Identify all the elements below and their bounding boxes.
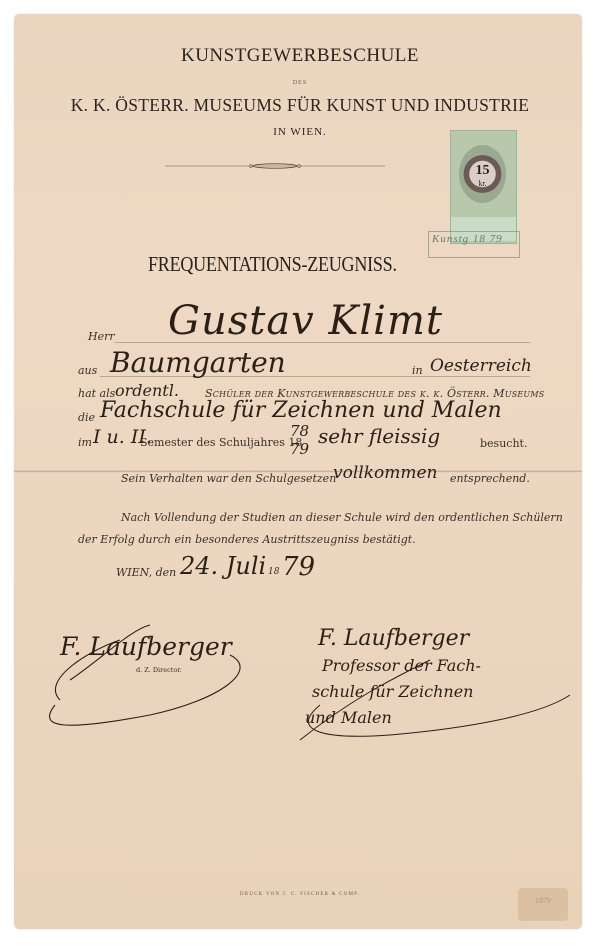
right-signature: F. Laufberger — [318, 626, 469, 651]
aus-label: aus — [78, 364, 97, 377]
right-signature-line-3: schule für Zeichnen — [312, 682, 473, 701]
im-label: im — [78, 436, 92, 449]
archive-sticker-text: 1879 — [518, 896, 568, 905]
right-signature-line-2: Professor der Fach- — [322, 656, 481, 675]
student-name: Gustav Klimt — [168, 298, 443, 344]
note-line-2: der Erfolg durch ein besonderes Austritt… — [78, 533, 416, 546]
issue-date: 24. Juli — [180, 552, 266, 580]
revenue-stamp: 15 kr. — [450, 130, 517, 244]
die-label: die — [78, 411, 95, 424]
left-signature-title: d. Z. Director. — [136, 666, 182, 674]
origin-place: Baumgarten — [110, 346, 286, 379]
note-line-1: Nach Vollendung der Studien an dieser Sc… — [121, 511, 563, 524]
left-signature: F. Laufberger — [60, 632, 232, 661]
stamp-cancellation-text: Kunstg 18 79 — [432, 233, 503, 245]
attendance-grade: sehr fleissig — [318, 424, 440, 448]
stamp-unit: kr. — [459, 179, 506, 188]
year-suffix: 79 — [282, 552, 315, 582]
certificate-title: FREQUENTATIONS-ZEUGNISS. — [148, 252, 397, 277]
herr-label: Herr — [88, 330, 115, 343]
archive-sticker: 1879 — [518, 888, 568, 921]
origin-country: Oesterreich — [430, 356, 532, 376]
conduct-prefix: Sein Verhalten war den Schulgesetzen — [121, 472, 336, 485]
des-label: DES — [0, 80, 600, 86]
conduct-suffix: entsprechend. — [450, 472, 530, 485]
in-label: in — [412, 364, 423, 377]
stamp-emblem: 15 kr. — [459, 145, 506, 203]
stamp-value: 15 — [459, 163, 506, 179]
school-year-bottom: 79 — [290, 440, 309, 458]
semester-text: Semester des Schuljahres 18 — [140, 436, 302, 449]
ornamental-divider — [165, 163, 385, 169]
besucht-label: besucht. — [480, 437, 527, 450]
right-signature-line-4: und Malen — [305, 708, 392, 727]
school-year-top: 78 — [290, 422, 309, 440]
printer-imprint: DRUCK VON J. C. FISCHER & COMP. — [0, 892, 600, 897]
school-title: KUNSTGEWERBESCHULE — [0, 45, 600, 67]
conduct-grade: vollkommen — [333, 463, 438, 483]
place-label: WIEN, den — [116, 566, 176, 579]
year-prefix: 18 — [268, 567, 279, 577]
museum-title: K. K. ÖSTERR. MUSEUMS FÜR KUNST UND INDU… — [0, 95, 600, 116]
department: Fachschule für Zeichnen und Malen — [100, 398, 502, 423]
